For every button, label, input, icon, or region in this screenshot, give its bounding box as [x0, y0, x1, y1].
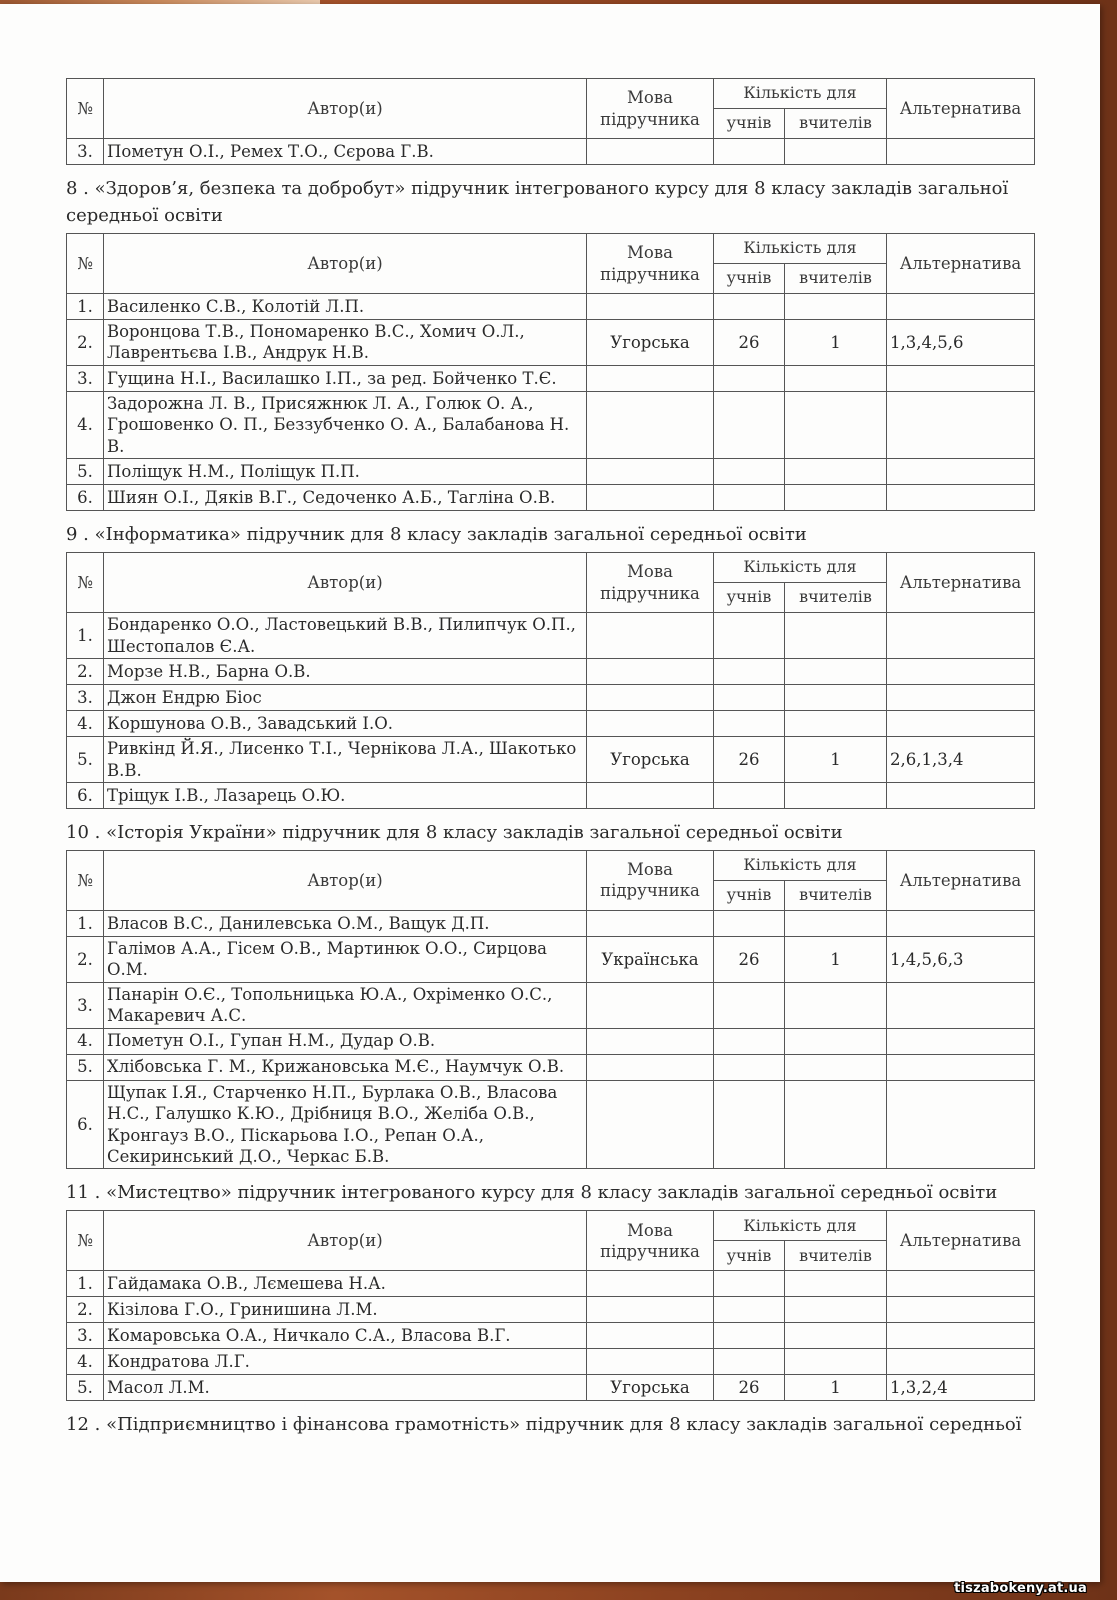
row-num: 3.: [67, 139, 104, 165]
row-authors: Бондаренко О.О., Ластовецький В.В., Пили…: [104, 613, 587, 659]
header-students: учнів: [714, 880, 785, 910]
row-alternative: [887, 485, 1035, 511]
row-authors: Гайдамака О.В., Лємешева Н.А.: [104, 1271, 587, 1297]
header-students: учнів: [714, 583, 785, 613]
header-num: №: [67, 79, 104, 139]
row-language: [587, 365, 714, 391]
header-language-line1: Мова: [590, 561, 710, 582]
row-students: [714, 459, 785, 485]
row-teachers: [785, 1080, 887, 1169]
row-language: [587, 1028, 714, 1054]
row-alternative: [887, 910, 1035, 936]
table-row: 3.Комаровська О.А., Ничкало С.А., Власов…: [67, 1323, 1035, 1349]
header-language-line2: підручника: [590, 880, 710, 901]
header-authors: Автор(и): [104, 850, 587, 910]
table-row: 1.Бондаренко О.О., Ластовецький В.В., Пи…: [67, 613, 1035, 659]
row-teachers: [785, 659, 887, 685]
row-language: [587, 1080, 714, 1169]
row-teachers: [785, 485, 887, 511]
row-num: 2.: [67, 936, 104, 982]
row-num: 1.: [67, 1271, 104, 1297]
header-language: Мовапідручника: [587, 234, 714, 294]
row-authors: Джон Ендрю Біос: [104, 685, 587, 711]
document-content: №Автор(и)МовапідручникаКількість дляАльт…: [66, 78, 1056, 1442]
header-language: Мовапідручника: [587, 79, 714, 139]
header-language-line1: Мова: [590, 859, 710, 880]
table-row: 2.Морзе Н.В., Барна О.В.: [67, 659, 1035, 685]
row-alternative: [887, 139, 1035, 165]
row-authors: Поліщук Н.М., Поліщук П.П.: [104, 459, 587, 485]
row-alternative: [887, 391, 1035, 458]
section-title: 11 . «Мистецтво» підручник інтегрованого…: [66, 1179, 1056, 1206]
row-teachers: [785, 294, 887, 320]
row-alternative: [887, 685, 1035, 711]
header-num: №: [67, 234, 104, 294]
table-row: 3.Панарін О.Є., Топольницька Ю.А., Охрім…: [67, 982, 1035, 1028]
table-row: 1.Гайдамака О.В., Лємешева Н.А.: [67, 1271, 1035, 1297]
row-authors: Василенко С.В., Колотій Л.П.: [104, 294, 587, 320]
header-students: учнів: [714, 109, 785, 139]
row-num: 1.: [67, 294, 104, 320]
row-num: 1.: [67, 613, 104, 659]
row-language: [587, 1297, 714, 1323]
header-language: Мовапідручника: [587, 850, 714, 910]
row-num: 3.: [67, 1323, 104, 1349]
row-teachers: 1: [785, 936, 887, 982]
header-quantity: Кількість для: [714, 850, 887, 880]
row-alternative: [887, 1323, 1035, 1349]
table-row: 3.Пометун О.І., Ремех Т.О., Сєрова Г.В.: [67, 139, 1035, 165]
header-alternative: Альтернатива: [887, 1211, 1035, 1271]
row-alternative: [887, 294, 1035, 320]
row-num: 2.: [67, 659, 104, 685]
row-students: [714, 1323, 785, 1349]
header-language-line1: Мова: [590, 1220, 710, 1241]
row-alternative: 1,3,4,5,6: [887, 320, 1035, 366]
row-teachers: 1: [785, 1375, 887, 1401]
row-students: [714, 1271, 785, 1297]
table-row: 4.Задорожна Л. В., Присяжнюк Л. А., Голю…: [67, 391, 1035, 458]
row-alternative: [887, 782, 1035, 808]
header-teachers: вчителів: [785, 109, 887, 139]
section-title: 8 . «Здоров’я, безпека та добробут» підр…: [66, 175, 1026, 229]
row-language: [587, 910, 714, 936]
row-teachers: [785, 910, 887, 936]
row-language: [587, 659, 714, 685]
table-row: 2.Кізілова Г.О., Гринишина Л.М.: [67, 1297, 1035, 1323]
row-authors: Воронцова Т.В., Пономаренко В.С., Хомич …: [104, 320, 587, 366]
row-language: [587, 711, 714, 737]
table-row: 5.Хлібовська Г. М., Крижановська М.Є., Н…: [67, 1054, 1035, 1080]
row-num: 3.: [67, 982, 104, 1028]
row-alternative: [887, 1054, 1035, 1080]
row-students: [714, 982, 785, 1028]
header-quantity: Кількість для: [714, 234, 887, 264]
row-alternative: [887, 459, 1035, 485]
header-authors: Автор(и): [104, 1211, 587, 1271]
row-alternative: [887, 613, 1035, 659]
row-teachers: [785, 1271, 887, 1297]
row-students: [714, 1054, 785, 1080]
table-row: 2.Галімов А.А., Гісем О.В., Мартинюк О.О…: [67, 936, 1035, 982]
row-teachers: [785, 782, 887, 808]
row-students: [714, 365, 785, 391]
table-row: 3.Джон Ендрю Біос: [67, 685, 1035, 711]
row-authors: Хлібовська Г. М., Крижановська М.Є., Нау…: [104, 1054, 587, 1080]
row-students: 26: [714, 936, 785, 982]
textbook-table: №Автор(и)МовапідручникаКількість дляАльт…: [66, 78, 1035, 165]
header-quantity: Кількість для: [714, 79, 887, 109]
section-title: 10 . «Історія України» підручник для 8 к…: [66, 819, 1056, 846]
header-quantity: Кількість для: [714, 1211, 887, 1241]
row-language: [587, 782, 714, 808]
row-teachers: [785, 685, 887, 711]
row-num: 5.: [67, 1054, 104, 1080]
table-row: 5.Масол Л.М.Угорська2611,3,2,4: [67, 1375, 1035, 1401]
row-teachers: 1: [785, 737, 887, 783]
row-num: 4.: [67, 1028, 104, 1054]
row-authors: Тріщук І.В., Лазарець О.Ю.: [104, 782, 587, 808]
header-alternative: Альтернатива: [887, 553, 1035, 613]
row-language: [587, 391, 714, 458]
row-authors: Коршунова О.В., Завадський І.О.: [104, 711, 587, 737]
header-language-line2: підручника: [590, 264, 710, 285]
textbook-table: №Автор(и)МовапідручникаКількість дляАльт…: [66, 1210, 1035, 1401]
row-students: [714, 685, 785, 711]
row-alternative: [887, 1349, 1035, 1375]
row-language: [587, 294, 714, 320]
row-num: 4.: [67, 711, 104, 737]
row-num: 5.: [67, 1375, 104, 1401]
row-language: Угорська: [587, 320, 714, 366]
row-teachers: [785, 391, 887, 458]
document-page: №Автор(и)МовапідручникаКількість дляАльт…: [0, 4, 1100, 1582]
row-teachers: [785, 1297, 887, 1323]
row-language: [587, 1054, 714, 1080]
row-alternative: [887, 982, 1035, 1028]
row-teachers: [785, 613, 887, 659]
header-language-line1: Мова: [590, 242, 710, 263]
table-row: 4.Пометун О.І., Гупан Н.М., Дудар О.В.: [67, 1028, 1035, 1054]
row-alternative: [887, 1271, 1035, 1297]
row-alternative: [887, 711, 1035, 737]
header-alternative: Альтернатива: [887, 850, 1035, 910]
row-num: 2.: [67, 320, 104, 366]
row-num: 1.: [67, 910, 104, 936]
row-alternative: 1,4,5,6,3: [887, 936, 1035, 982]
row-num: 4.: [67, 391, 104, 458]
header-language-line2: підручника: [590, 1241, 710, 1262]
row-authors: Пометун О.І., Гупан Н.М., Дудар О.В.: [104, 1028, 587, 1054]
header-alternative: Альтернатива: [887, 234, 1035, 294]
row-alternative: [887, 659, 1035, 685]
row-language: [587, 485, 714, 511]
row-language: [587, 1271, 714, 1297]
row-num: 3.: [67, 365, 104, 391]
row-num: 2.: [67, 1297, 104, 1323]
row-teachers: [785, 1349, 887, 1375]
row-students: [714, 139, 785, 165]
row-students: 26: [714, 1375, 785, 1401]
header-language-line2: підручника: [590, 583, 710, 604]
row-authors: Комаровська О.А., Ничкало С.А., Власова …: [104, 1323, 587, 1349]
row-students: [714, 613, 785, 659]
header-teachers: вчителів: [785, 264, 887, 294]
row-teachers: [785, 365, 887, 391]
table-row: 6.Шиян О.І., Дяків В.Г., Седоченко А.Б.,…: [67, 485, 1035, 511]
row-num: 3.: [67, 685, 104, 711]
row-num: 6.: [67, 485, 104, 511]
row-authors: Кізілова Г.О., Гринишина Л.М.: [104, 1297, 587, 1323]
row-alternative: 1,3,2,4: [887, 1375, 1035, 1401]
row-students: [714, 1349, 785, 1375]
row-teachers: 1: [785, 320, 887, 366]
row-students: [714, 391, 785, 458]
table-row: 4.Коршунова О.В., Завадський І.О.: [67, 711, 1035, 737]
header-teachers: вчителів: [785, 880, 887, 910]
row-students: [714, 294, 785, 320]
row-language: [587, 139, 714, 165]
header-students: учнів: [714, 1241, 785, 1271]
row-language: Українська: [587, 936, 714, 982]
row-students: [714, 782, 785, 808]
header-students: учнів: [714, 264, 785, 294]
row-language: Угорська: [587, 1375, 714, 1401]
row-language: [587, 1323, 714, 1349]
textbook-table: №Автор(и)МовапідручникаКількість дляАльт…: [66, 552, 1035, 809]
table-row: 4.Кондратова Л.Г.: [67, 1349, 1035, 1375]
textbook-table: №Автор(и)МовапідручникаКількість дляАльт…: [66, 233, 1035, 511]
table-row: 6.Тріщук І.В., Лазарець О.Ю.: [67, 782, 1035, 808]
header-language: Мовапідручника: [587, 1211, 714, 1271]
row-alternative: [887, 365, 1035, 391]
row-teachers: [785, 1323, 887, 1349]
header-authors: Автор(и): [104, 79, 587, 139]
row-students: [714, 711, 785, 737]
row-students: [714, 1028, 785, 1054]
row-teachers: [785, 1054, 887, 1080]
table-row: 1.Василенко С.В., Колотій Л.П.: [67, 294, 1035, 320]
table-row: 3.Гущина Н.І., Василашко І.П., за ред. Б…: [67, 365, 1035, 391]
header-authors: Автор(и): [104, 234, 587, 294]
row-alternative: [887, 1080, 1035, 1169]
table-row: 2.Воронцова Т.В., Пономаренко В.С., Хоми…: [67, 320, 1035, 366]
row-alternative: [887, 1028, 1035, 1054]
row-authors: Гущина Н.І., Василашко І.П., за ред. Бой…: [104, 365, 587, 391]
row-students: [714, 485, 785, 511]
row-students: [714, 1297, 785, 1323]
row-students: 26: [714, 320, 785, 366]
row-teachers: [785, 139, 887, 165]
row-authors: Пометун О.І., Ремех Т.О., Сєрова Г.В.: [104, 139, 587, 165]
textbook-table: №Автор(и)МовапідручникаКількість дляАльт…: [66, 850, 1035, 1170]
row-teachers: [785, 711, 887, 737]
row-num: 6.: [67, 782, 104, 808]
row-authors: Кондратова Л.Г.: [104, 1349, 587, 1375]
row-language: [587, 613, 714, 659]
table-row: 6.Щупак І.Я., Старченко Н.П., Бурлака О.…: [67, 1080, 1035, 1169]
row-alternative: 2,6,1,3,4: [887, 737, 1035, 783]
header-teachers: вчителів: [785, 583, 887, 613]
row-language: [587, 685, 714, 711]
header-num: №: [67, 1211, 104, 1271]
row-teachers: [785, 459, 887, 485]
row-authors: Власов В.С., Данилевська О.М., Ващук Д.П…: [104, 910, 587, 936]
row-authors: Шиян О.І., Дяків В.Г., Седоченко А.Б., Т…: [104, 485, 587, 511]
row-authors: Ривкінд Й.Я., Лисенко Т.І., Чернікова Л.…: [104, 737, 587, 783]
section-title: 12 . «Підприємництво і фінансова грамотн…: [66, 1411, 1056, 1438]
row-language: Угорська: [587, 737, 714, 783]
row-authors: Масол Л.М.: [104, 1375, 587, 1401]
table-row: 5.Ривкінд Й.Я., Лисенко Т.І., Чернікова …: [67, 737, 1035, 783]
header-num: №: [67, 553, 104, 613]
table-row: 1.Власов В.С., Данилевська О.М., Ващук Д…: [67, 910, 1035, 936]
row-alternative: [887, 1297, 1035, 1323]
header-alternative: Альтернатива: [887, 79, 1035, 139]
header-quantity: Кількість для: [714, 553, 887, 583]
row-students: 26: [714, 737, 785, 783]
row-num: 5.: [67, 737, 104, 783]
row-num: 6.: [67, 1080, 104, 1169]
row-authors: Морзе Н.В., Барна О.В.: [104, 659, 587, 685]
section-title: 9 . «Інформатика» підручник для 8 класу …: [66, 521, 1056, 548]
row-students: [714, 1080, 785, 1169]
header-language: Мовапідручника: [587, 553, 714, 613]
header-num: №: [67, 850, 104, 910]
row-authors: Задорожна Л. В., Присяжнюк Л. А., Голюк …: [104, 391, 587, 458]
header-language-line2: підручника: [590, 109, 710, 130]
row-num: 5.: [67, 459, 104, 485]
header-authors: Автор(и): [104, 553, 587, 613]
row-students: [714, 910, 785, 936]
row-authors: Галімов А.А., Гісем О.В., Мартинюк О.О.,…: [104, 936, 587, 982]
watermark: tiszabokeny.at.ua: [954, 1581, 1087, 1596]
header-teachers: вчителів: [785, 1241, 887, 1271]
row-language: [587, 982, 714, 1028]
header-language-line1: Мова: [590, 87, 710, 108]
row-teachers: [785, 982, 887, 1028]
row-teachers: [785, 1028, 887, 1054]
table-row: 5.Поліщук Н.М., Поліщук П.П.: [67, 459, 1035, 485]
row-num: 4.: [67, 1349, 104, 1375]
row-authors: Щупак І.Я., Старченко Н.П., Бурлака О.В.…: [104, 1080, 587, 1169]
row-language: [587, 459, 714, 485]
row-students: [714, 659, 785, 685]
row-language: [587, 1349, 714, 1375]
row-authors: Панарін О.Є., Топольницька Ю.А., Охрімен…: [104, 982, 587, 1028]
